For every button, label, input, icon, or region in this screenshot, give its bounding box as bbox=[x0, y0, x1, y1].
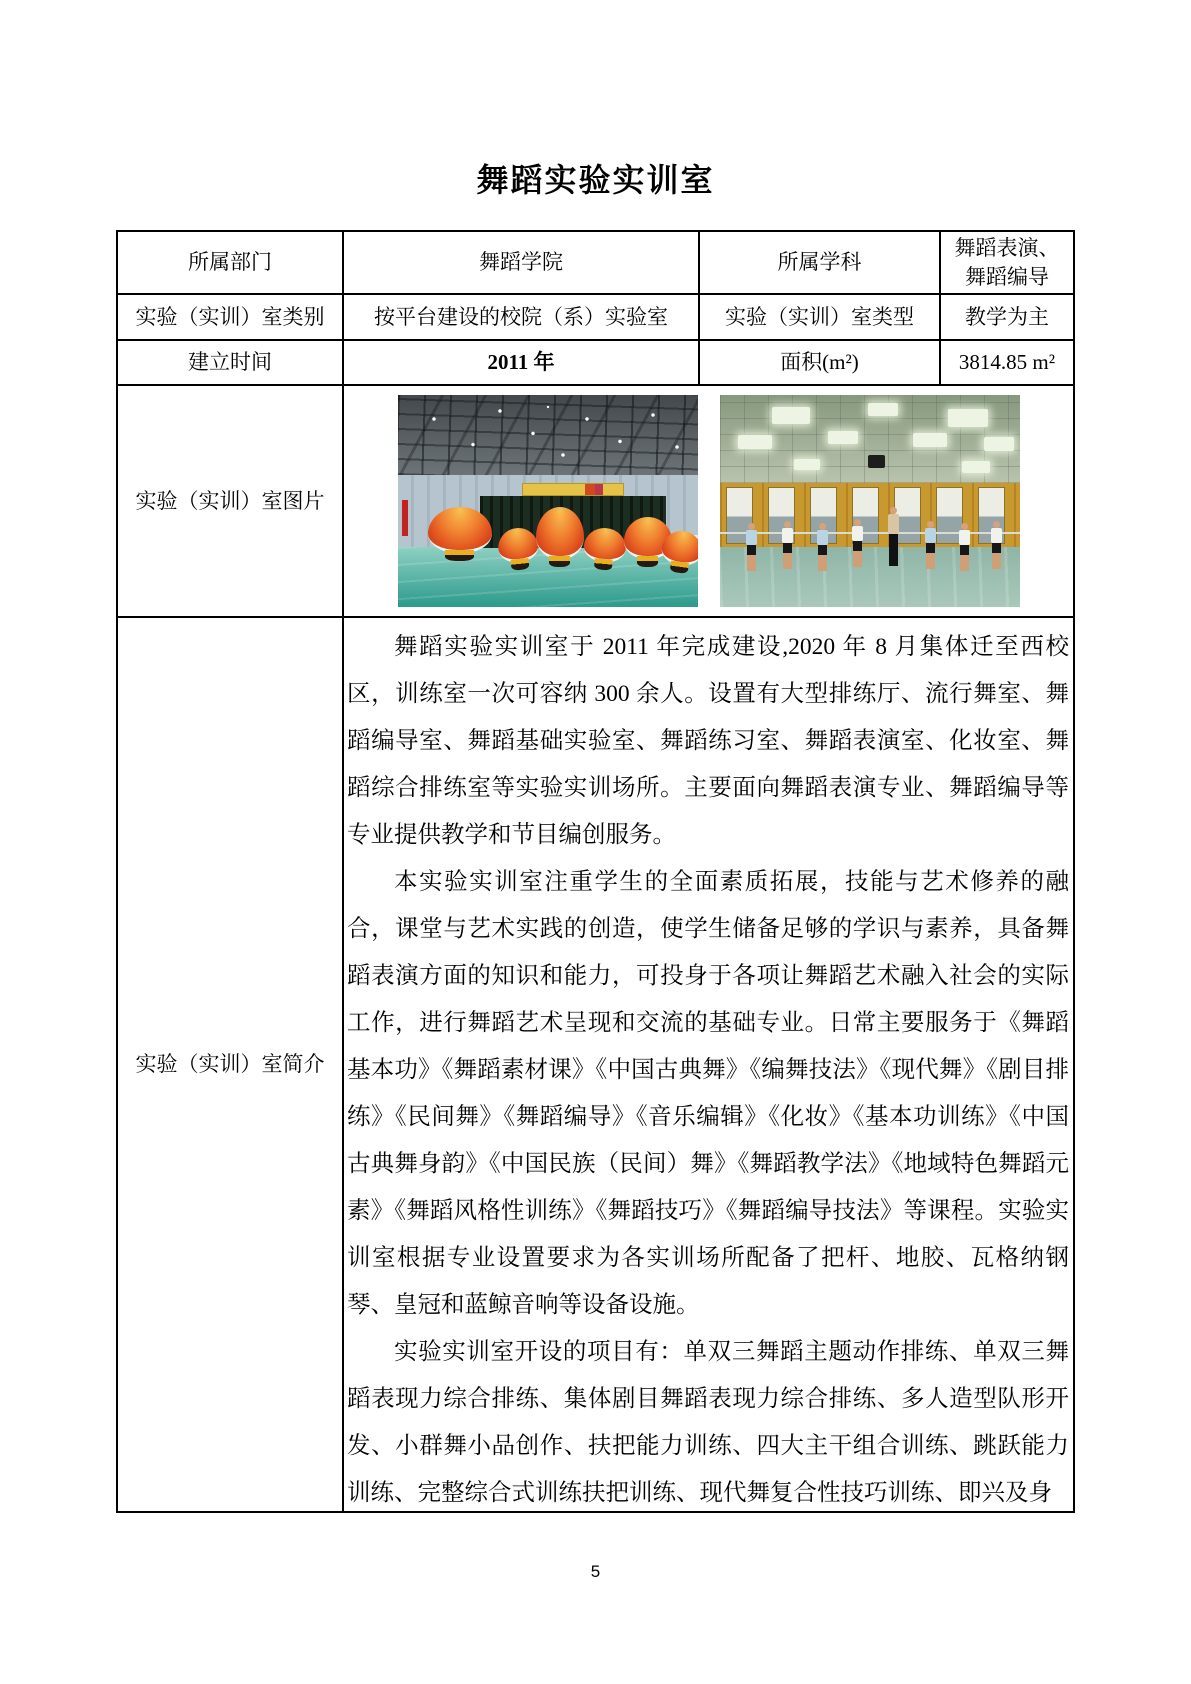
performance-hall-photo bbox=[398, 395, 698, 607]
light-panel bbox=[913, 433, 947, 447]
area-label: 面积(m²) bbox=[700, 341, 941, 384]
table-row: 实验（实训）室类别 按平台建设的校院（系）实验室 实验（实训）室类型 教学为主 bbox=[118, 295, 1073, 341]
dancer-figure bbox=[782, 521, 793, 569]
page-number: 5 bbox=[0, 1562, 1191, 1582]
department-label: 所属部门 bbox=[118, 232, 344, 293]
light-panel bbox=[828, 431, 858, 444]
ceiling-speaker bbox=[868, 455, 885, 468]
intro-paragraph: 本实验实训室注重学生的全面素质拓展，技能与艺术修养的融合，课堂与艺术实践的创造，… bbox=[347, 859, 1069, 1329]
dancer-figure bbox=[852, 519, 863, 567]
table-row: 建立时间 2011 年 面积(m²) 3814.85 m² bbox=[118, 341, 1073, 386]
category-label: 实验（实训）室类别 bbox=[118, 295, 344, 339]
wood-panel-wall bbox=[720, 483, 1020, 547]
light-panel bbox=[984, 437, 1014, 451]
room-type-value: 教学为主 bbox=[941, 295, 1073, 339]
light-panel bbox=[962, 461, 990, 473]
table-row: 实验（实训）室图片 bbox=[118, 386, 1073, 618]
stage-banner bbox=[522, 483, 624, 496]
page-title: 舞蹈实验实训室 bbox=[0, 155, 1191, 201]
intro-paragraph: 实验实训室开设的项目有：单双三舞蹈主题动作排练、单双三舞蹈表现力综合排练、集体剧… bbox=[347, 1329, 1069, 1511]
intro-text: 舞蹈实验实训室于 2011 年完成建设,2020 年 8 月集体迁至西校区，训练… bbox=[344, 618, 1073, 1511]
ballet-barre bbox=[720, 532, 1020, 534]
photos-cell bbox=[344, 386, 1073, 616]
light-panel bbox=[772, 407, 810, 424]
dancer-figure bbox=[817, 523, 828, 571]
dancer-figure bbox=[925, 521, 936, 569]
discipline-value: 舞蹈表演、舞蹈编导 bbox=[941, 232, 1073, 293]
document-page: 舞蹈实验实训室 所属部门 舞蹈学院 所属学科 舞蹈表演、舞蹈编导 实验（实训）室… bbox=[0, 0, 1191, 1684]
red-vertical-banner bbox=[402, 500, 408, 536]
studio-ceiling bbox=[720, 395, 1020, 483]
dancer-skirt bbox=[536, 507, 584, 559]
table-row: 所属部门 舞蹈学院 所属学科 舞蹈表演、舞蹈编导 bbox=[118, 232, 1073, 295]
light-panel bbox=[948, 409, 988, 427]
instructor-figure bbox=[888, 507, 899, 566]
established-value: 2011 年 bbox=[344, 341, 700, 384]
discipline-label: 所属学科 bbox=[700, 232, 941, 293]
light-panel bbox=[738, 435, 772, 449]
light-panel bbox=[794, 459, 820, 470]
dancer-figure bbox=[746, 523, 757, 571]
intro-label: 实验（实训）室简介 bbox=[118, 618, 344, 1511]
area-value: 3814.85 m² bbox=[941, 341, 1073, 384]
table-row: 实验（实训）室简介 舞蹈实验实训室于 2011 年完成建设,2020 年 8 月… bbox=[118, 618, 1073, 1511]
studio-floor bbox=[720, 547, 1020, 607]
dancer-figure bbox=[959, 523, 970, 571]
dancer-figure bbox=[991, 521, 1002, 569]
dancer-skirt bbox=[428, 507, 492, 553]
department-value: 舞蹈学院 bbox=[344, 232, 700, 293]
photos-label: 实验（实训）室图片 bbox=[118, 386, 344, 616]
info-table: 所属部门 舞蹈学院 所属学科 舞蹈表演、舞蹈编导 实验（实训）室类别 按平台建设… bbox=[116, 230, 1075, 1513]
ceiling-lights bbox=[398, 395, 698, 475]
light-panel bbox=[868, 403, 898, 416]
intro-paragraph: 舞蹈实验实训室于 2011 年完成建设,2020 年 8 月集体迁至西校区，训练… bbox=[347, 624, 1069, 859]
established-label: 建立时间 bbox=[118, 341, 344, 384]
category-value: 按平台建设的校院（系）实验室 bbox=[344, 295, 700, 339]
room-type-label: 实验（实训）室类型 bbox=[700, 295, 941, 339]
dance-studio-photo bbox=[720, 395, 1020, 607]
